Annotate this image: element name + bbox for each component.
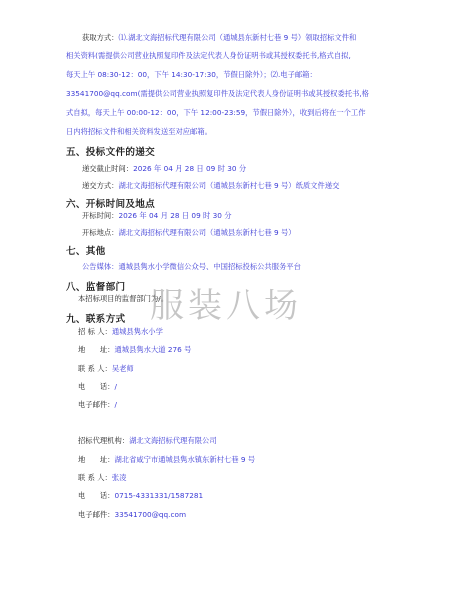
section-6-heading: 六、开标时间及地点 [66,196,155,210]
obtain-line-3: 每天上午 08:30-12：00，下午 14:30-17:30，节假日除外）；⑵… [66,70,317,80]
tenderer-phone: 电 话：/ [78,382,117,392]
submission-deadline: 递交截止时间：2026 年 04 月 28 日 09 时 30 分 [82,164,246,174]
tenderer-address: 地 址：通城县隽水大道 276 号 [78,345,191,355]
section-9-heading: 九、联系方式 [66,311,125,325]
obtain-line-6: 日内将招标文件和相关资料发送至对应邮箱。 [66,127,212,137]
watermark: 服装八场 [150,278,302,327]
agency-address: 地 址：湖北省咸宁市通城县隽水镇东新村七巷 9 号 [78,455,255,465]
section-5-heading: 五、投标文件的递交 [66,144,155,158]
tenderer-name: 招 标 人：通城县隽水小学 [78,327,163,337]
opening-place: 开标地点：湖北文海招标代理有限公司（通城县东新村七巷 9 号） [82,228,296,238]
submission-method: 递交方式：湖北文海招标代理有限公司（通城县东新村七巷 9 号）纸质文件递交 [82,181,339,191]
obtain-line-1: 获取方式：⑴.湖北文海招标代理有限公司（通城县东新村七巷 9 号）领取招标文件和 [82,33,356,43]
opening-time: 开标时间：2026 年 04 月 28 日 09 时 30 分 [82,211,232,221]
obtain-label: 获取方式： [82,33,118,42]
agency-email-link[interactable]: 33541700@qq.com [114,510,186,519]
tenderer-contact: 联 系 人：吴老师 [78,364,134,374]
tenderer-email: 电子邮件：/ [78,400,117,410]
document-page: 获取方式：⑴.湖北文海招标代理有限公司（通城县东新村七巷 9 号）领取招标文件和… [0,0,450,600]
section-7-heading: 七、其他 [66,243,106,257]
agency-name: 招标代理机构：湖北文海招标代理有限公司 [78,436,217,446]
announcement-media: 公告媒体：通城县隽水小学微信公众号、中国招标投标公共服务平台 [82,262,301,272]
obtain-email-link[interactable]: 33541700@qq.com(需提供公司营业执照复印件及法定代表人身份证明书或… [66,89,369,99]
section-8-heading: 八、监督部门 [66,279,125,293]
agency-email: 电子邮件：33541700@qq.com [78,510,186,520]
obtain-line-2: 相关资料(需提供公司营业执照复印件及法定代表人身份证明书或其授权委托书,格式自拟… [66,51,351,61]
obtain-line-5: 式自拟，每天上午 00:00-12：00，下午 12:00-23:59，节假日除… [66,108,366,118]
agency-contact: 联 系 人：张凌 [78,473,126,483]
agency-phone: 电 话：0715-4331331/1587281 [78,491,203,501]
